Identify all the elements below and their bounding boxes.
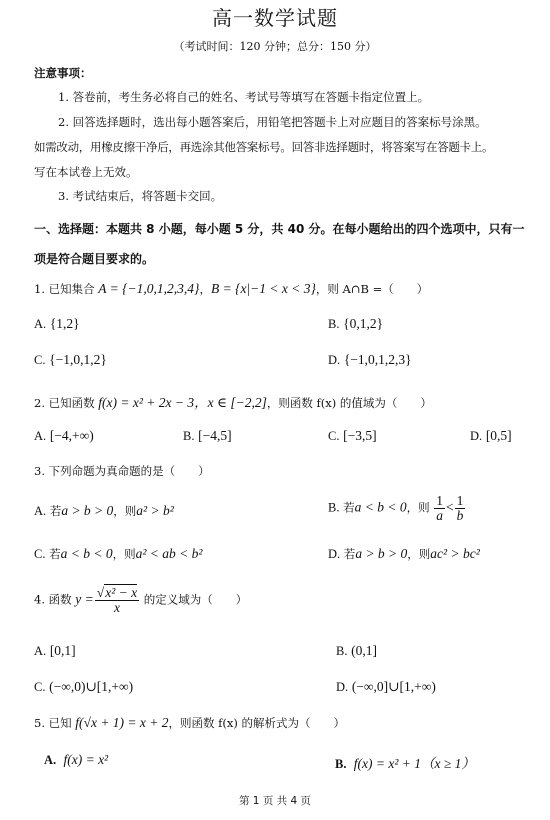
numerator: 1 xyxy=(455,494,466,509)
q1-option-c[interactable]: C. {−1,0,1,2} xyxy=(34,352,107,368)
radicand: x² − x xyxy=(104,584,137,600)
q3-option-b[interactable]: B. 若a < b < 0，则 1a<1b xyxy=(328,494,466,523)
option-condition: a < b < 0 xyxy=(61,546,113,561)
option-text: (−∞,0)∪[1,+∞) xyxy=(49,679,133,694)
option-text: {1,2} xyxy=(50,316,80,331)
option-text: f(x) = x² xyxy=(63,752,108,767)
q2-option-d[interactable]: D. [0,5] xyxy=(470,428,512,444)
question-number: 5. xyxy=(34,716,45,730)
q3-option-c[interactable]: C. 若a < b < 0，则a² < ab < b² xyxy=(34,546,202,562)
question-stem-suffix: 的定义域为（ ） xyxy=(144,593,248,607)
option-label: C. xyxy=(34,353,45,367)
set-b: B = {x|−1 < x < 3} xyxy=(211,281,316,296)
fraction-1-over-a: 1a xyxy=(434,494,445,523)
option-label: A. xyxy=(34,317,46,331)
option-label: B. xyxy=(328,317,339,331)
option-text: (−∞,0]∪[1,+∞) xyxy=(352,679,436,694)
option-text: [−3,5] xyxy=(343,428,376,443)
option-if: 若 xyxy=(50,504,62,518)
function-definition: f(x) = x² + 2x − 3，x ∈ [−2,2] xyxy=(98,395,267,410)
option-result: a² < ab < b² xyxy=(136,546,203,561)
option-label: B. xyxy=(336,644,347,658)
q1-option-d[interactable]: D. {−1,0,1,2,3} xyxy=(328,352,412,368)
option-if: 若 xyxy=(49,547,61,561)
exam-title: 高一数学试题 xyxy=(0,2,550,31)
q2-option-a[interactable]: A. [−4,+∞) xyxy=(34,428,94,444)
question-stem-prefix: 已知 xyxy=(49,716,72,730)
notice-item-3: 3. 考试结束后，将答题卡交回。 xyxy=(58,188,222,204)
fraction-sqrt-over-x: √x² − xx xyxy=(95,586,139,615)
page-footer: 第 1 页 共 4 页 xyxy=(0,793,550,808)
option-text: {0,1,2} xyxy=(343,316,383,331)
option-label: C. xyxy=(34,680,45,694)
option-label: D. xyxy=(470,429,482,443)
denominator: b xyxy=(455,509,466,523)
notice-item-1: 1. 答卷前，考生务必将自己的姓名、考试号等填写在答题卡指定位置上。 xyxy=(58,89,429,105)
option-result: a² > b² xyxy=(136,503,173,518)
option-if: 若 xyxy=(343,501,355,515)
option-label: B. xyxy=(328,501,339,515)
function-equation: f(√x + 1) = x + 2 xyxy=(75,715,168,730)
option-text: {−1,0,1,2} xyxy=(49,352,107,367)
numerator: 1 xyxy=(434,494,445,509)
question-1: 1. 已知集合 A = {−1,0,1,2,3,4}，B = {x|−1 < x… xyxy=(34,281,428,297)
q4-option-b[interactable]: B. (0,1] xyxy=(336,643,377,659)
numerator: √x² − x xyxy=(95,586,139,601)
option-label: D. xyxy=(336,680,348,694)
option-text: [−4,5] xyxy=(198,428,231,443)
option-label: B. xyxy=(183,429,194,443)
y-equals: y = xyxy=(75,592,93,607)
question-number: 4. xyxy=(34,593,45,607)
notice-item-2: 2. 回答选择题时，选出每小题答案后，用铅笔把答题卡上对应题目的答案标号涂黑。 xyxy=(58,114,487,130)
option-condition: a > b > 0 xyxy=(355,546,407,561)
q2-option-c[interactable]: C. [−3,5] xyxy=(328,428,377,444)
q4-option-c[interactable]: C. (−∞,0)∪[1,+∞) xyxy=(34,679,133,695)
option-label: A. xyxy=(34,644,46,658)
question-number: 2. xyxy=(34,396,45,410)
option-label: D. xyxy=(328,547,340,561)
option-then: ，则 xyxy=(407,547,430,561)
option-label: A. xyxy=(34,504,46,518)
option-text: {−1,0,1,2,3} xyxy=(344,352,412,367)
option-then: ，则 xyxy=(407,501,430,515)
question-number: 1. xyxy=(34,282,45,296)
option-text: [0,1] xyxy=(50,643,76,658)
operator: < xyxy=(446,500,454,515)
q5-option-b[interactable]: B. f(x) = x² + 1（x ≥ 1） xyxy=(335,752,475,772)
option-label: C. xyxy=(328,429,339,443)
option-label: B. xyxy=(335,757,346,771)
section-heading-line2: 项是符合题目要求的。 xyxy=(34,250,154,267)
fraction-1-over-b: 1b xyxy=(455,494,466,523)
q2-option-b[interactable]: B. [−4,5] xyxy=(183,428,232,444)
q5-option-a[interactable]: A. f(x) = x² xyxy=(44,752,108,768)
option-then: ，则 xyxy=(113,504,136,518)
denominator: x xyxy=(95,601,139,615)
question-stem-prefix: 已知集合 xyxy=(49,282,95,296)
q1-option-a[interactable]: A. {1,2} xyxy=(34,316,80,332)
q3-option-a[interactable]: A. 若a > b > 0，则a² > b² xyxy=(34,503,174,519)
option-label: A. xyxy=(44,753,56,767)
question-stem-prefix: 已知函数 xyxy=(49,396,95,410)
option-label: D. xyxy=(328,353,340,367)
set-a: A = {−1,0,1,2,3,4} xyxy=(98,281,199,296)
option-then: ，则 xyxy=(113,547,136,561)
separator: ， xyxy=(199,282,211,296)
notice-item-2-cont: 如需改动，用橡皮擦干净后，再选涂其他答案标号。回答非选择题时，将答案写在答题卡上… xyxy=(34,139,493,155)
option-condition: a < b < 0 xyxy=(355,500,407,515)
option-text: [−4,+∞) xyxy=(50,428,94,443)
question-4: 4. 函数 y =√x² − xx 的定义域为（ ） xyxy=(34,586,247,615)
option-text: (0,1] xyxy=(351,643,377,658)
question-number: 3. xyxy=(34,464,45,478)
option-label: C. xyxy=(34,547,45,561)
option-text: [0,5] xyxy=(486,428,512,443)
option-if: 若 xyxy=(344,547,356,561)
q3-option-d[interactable]: D. 若a > b > 0，则ac² > bc² xyxy=(328,546,480,562)
question-stem: 下列命题为真命题的是（ ） xyxy=(49,464,210,478)
question-stem-suffix: ，则 A∩B =（ ） xyxy=(316,282,428,296)
exam-subtitle: （考试时间：120 分钟；总分：150 分） xyxy=(0,38,550,54)
option-text: f(x) = x² + 1（x ≥ 1） xyxy=(354,756,475,771)
q1-option-b[interactable]: B. {0,1,2} xyxy=(328,316,383,332)
section-heading-line1: 一、选择题：本题共 8 小题，每小题 5 分，共 40 分。在每小题给出的四个选… xyxy=(34,220,524,237)
question-stem-prefix: 函数 xyxy=(49,593,72,607)
question-3: 3. 下列命题为真命题的是（ ） xyxy=(34,463,210,479)
question-2: 2. 已知函数 f(x) = x² + 2x − 3，x ∈ [−2,2]，则函… xyxy=(34,391,432,411)
notice-heading: 注意事项： xyxy=(34,65,92,81)
option-result: ac² > bc² xyxy=(430,546,479,561)
q4-option-d[interactable]: D. (−∞,0]∪[1,+∞) xyxy=(336,679,436,695)
option-label: A. xyxy=(34,429,46,443)
question-5: 5. 已知 f(√x + 1) = x + 2，则函数 f(x) 的解析式为（ … xyxy=(34,715,345,731)
option-condition: a > b > 0 xyxy=(61,503,113,518)
question-stem-suffix: ，则函数 f(x) 的值域为（ ） xyxy=(267,396,432,410)
notice-item-2-cont2: 写在本试卷上无效。 xyxy=(34,164,138,180)
denominator: a xyxy=(434,509,445,523)
question-stem-suffix: ，则函数 f(x) 的解析式为（ ） xyxy=(169,716,346,730)
q4-option-a[interactable]: A. [0,1] xyxy=(34,643,76,659)
